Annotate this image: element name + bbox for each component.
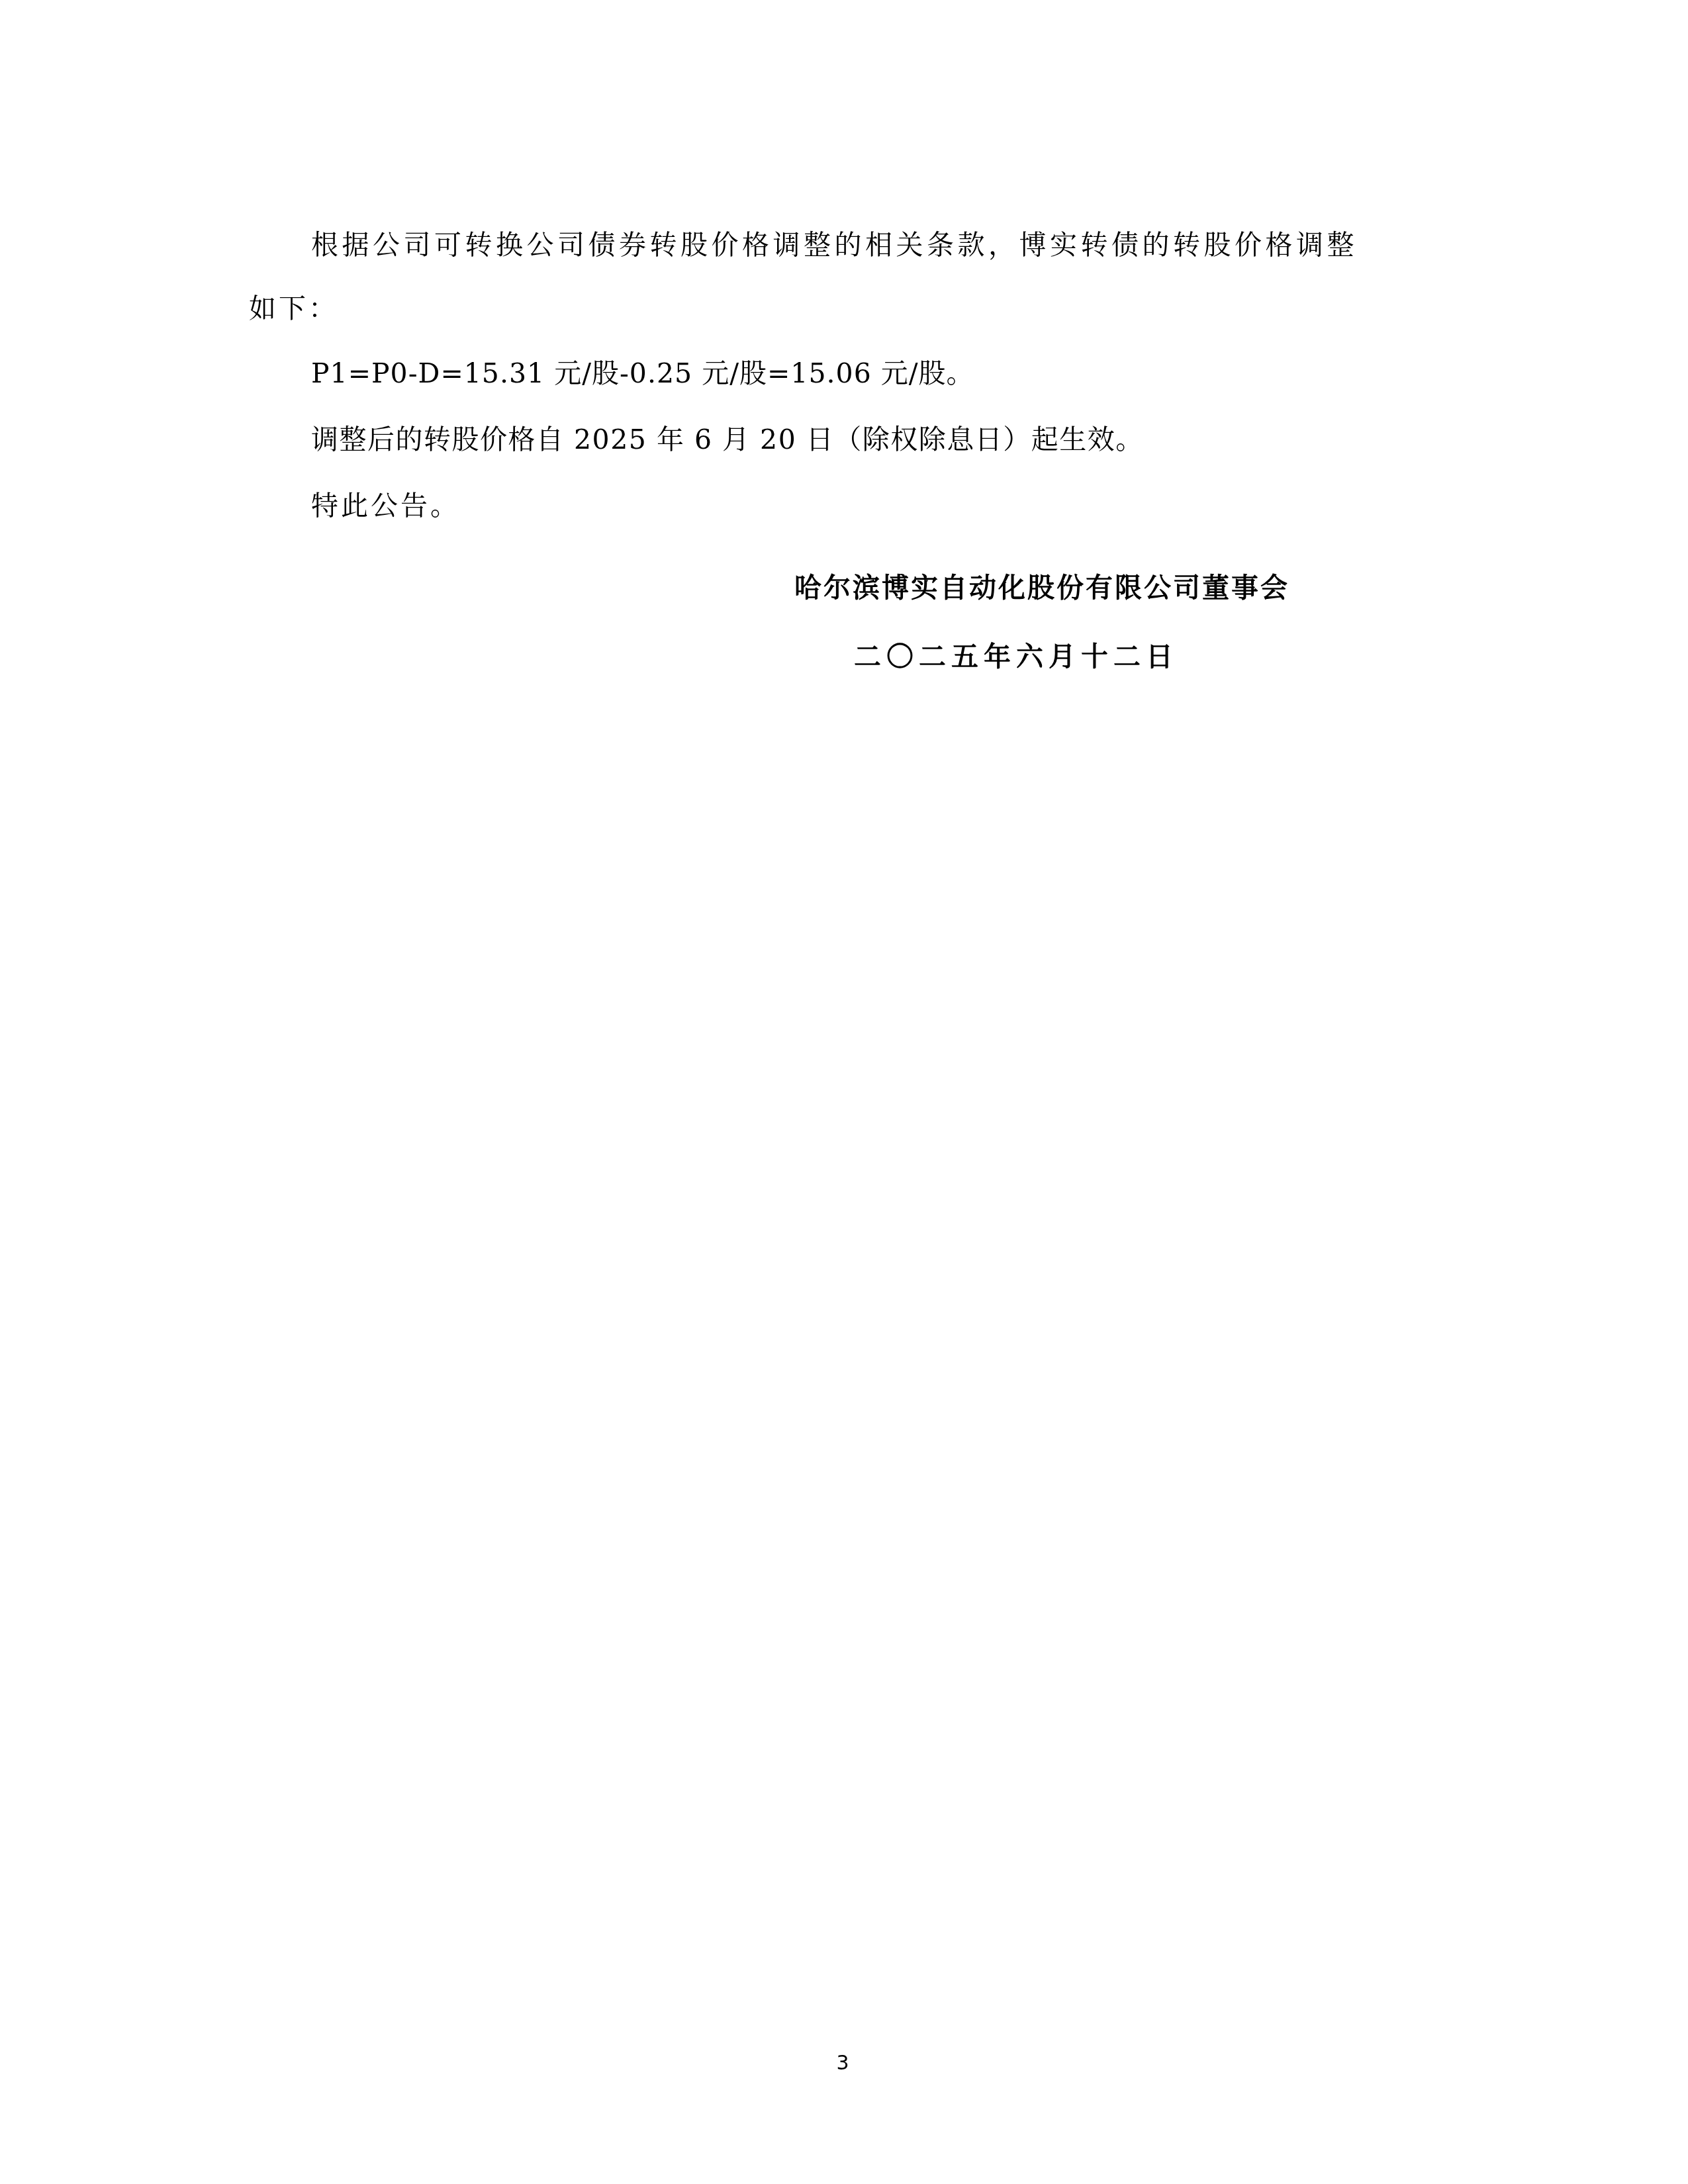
signature-organization: 哈尔滨博实自动化股份有限公司董事会: [794, 572, 1289, 604]
closing-statement: 特此公告。: [311, 490, 460, 522]
paragraph-conversion-terms-continuation: 如下：: [249, 293, 338, 324]
effective-date-statement: 调整后的转股价格自 2025 年 6 月 20 日（除权除息日）起生效。: [311, 424, 1144, 455]
signature-date: 二〇二五年六月十二日: [854, 641, 1178, 672]
paragraph-conversion-terms: 根据公司可转换公司债券转股价格调整的相关条款，博实转债的转股价格调整: [311, 229, 1436, 261]
page-number: 3: [833, 2052, 853, 2075]
conversion-price-formula: P1=P0-D=15.31 元/股-0.25 元/股=15.06 元/股。: [311, 357, 974, 389]
document-page: 根据公司可转换公司债券转股价格调整的相关条款，博实转债的转股价格调整 如下： P…: [0, 0, 1688, 2184]
